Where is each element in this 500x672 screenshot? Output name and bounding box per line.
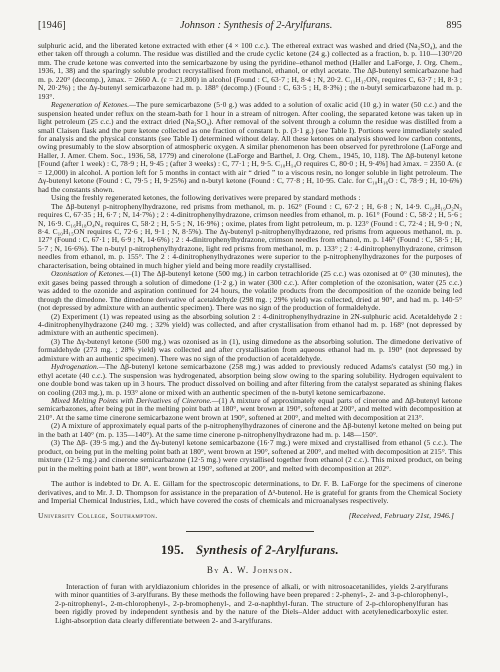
experimental-section: sulphuric acid, and the liberated ketone… [38,42,462,521]
section-divider [186,531,314,532]
header-running-title: Johnson : Synthesis of 2-Arylfurans. [180,20,333,31]
affiliation: University College, Southampton. [38,512,158,520]
para-workup-text: sulphuric acid, and the liberated ketone… [38,41,462,101]
para-mixed-mp-2-text: (2) A mixture of approximately equal par… [38,421,462,438]
signature-row: University College, Southampton. [Receiv… [38,512,462,520]
para-ozonisation-2-text: (2) Experiment (1) was repeated using as… [38,312,462,338]
header-year: [1946] [38,20,66,31]
abstract: Interaction of furan with aryldiazonium … [55,583,448,626]
para-ozonisation-2: (2) Experiment (1) was repeated using as… [38,313,462,338]
article-title: Synthesis of 2-Arylfurans. [196,543,339,557]
para-acknowledgment-text: The author is indebted to Dr. A. E. Gill… [38,479,462,505]
para-mixed-mp-2: (2) A mixture of approximately equal par… [38,422,462,439]
para-derivatives-text: The Δβ-butenyl p-nitrophenylhydrazone, r… [38,202,462,270]
para-regeneration-text: The pure semicarbazone (5·0 g.) was adde… [38,100,462,194]
article-195-heading: 195.Synthesis of 2-Arylfurans. [38,543,462,558]
para-ozonisation-1: Ozonisation of Ketones.—(1) The Δβ-buten… [38,270,462,312]
para-derivatives: The Δβ-butenyl p-nitrophenylhydrazone, r… [38,203,462,271]
para-regeneration: Regeneration of Ketones.—The pure semica… [38,101,462,194]
received-date: [Received, February 21st, 1946.] [348,512,462,520]
para-hydrogenation: Hydrogenation.—The Δβ-butenyl ketone sem… [38,363,462,397]
para-mixed-mp-1: Mixed Melting Points with Derivatives of… [38,397,462,422]
para-workup: sulphuric acid, and the liberated ketone… [38,42,462,101]
para-ozonisation-3-text: (3) The Δγ-butenyl ketone (500 mg.) was … [38,337,462,363]
para-mixed-mp-3-text: (3) The Δβ- (39·5 mg.) and the Δγ-buteny… [38,438,462,472]
para-mixed-mp-3: (3) The Δβ- (39·5 mg.) and the Δγ-buteny… [38,439,462,473]
para-acknowledgment: The author is indebted to Dr. A. E. Gill… [38,480,462,505]
byline: By A. W. Johnson. [38,565,462,575]
article-number: 195. [161,543,184,557]
page-header: [1946] Johnson : Synthesis of 2-Arylfura… [38,20,462,31]
para-ozonisation-3: (3) The Δγ-butenyl ketone (500 mg.) was … [38,338,462,363]
header-page-number: 895 [446,20,462,31]
journal-page: [1946] Johnson : Synthesis of 2-Arylfura… [0,0,500,672]
